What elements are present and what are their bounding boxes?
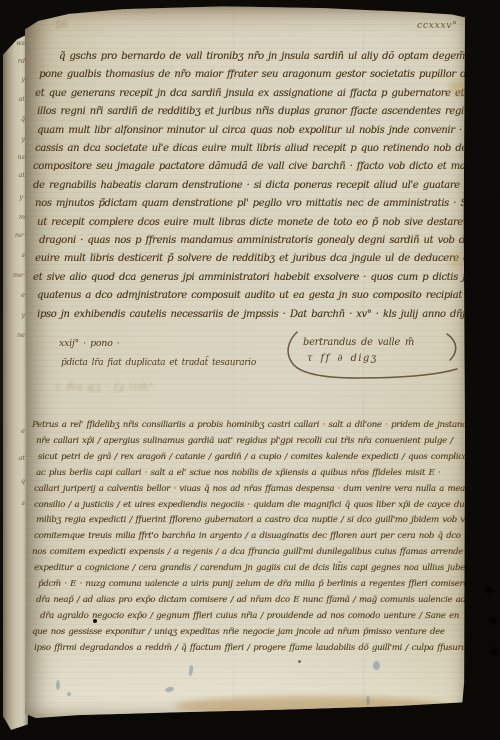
manuscript-line: euire mult libris desticerit p̃ solvere … <box>35 250 459 268</box>
stain <box>449 252 465 270</box>
manuscript-line: ipso jn exhibendis cautelis necessariis … <box>37 306 459 324</box>
facing-page-text-fragment: ne· <box>15 232 25 239</box>
facing-page-text-fragment: s <box>22 252 25 259</box>
facing-page-text-fragment: at <box>19 96 26 103</box>
facing-page-text-fragment: y <box>21 312 25 319</box>
facing-page-text-fragment: q <box>21 478 25 485</box>
facing-page-text-fragment: e <box>21 292 25 299</box>
facing-page-text-fragment: ne <box>17 332 25 339</box>
facing-page-text-fragment: y· <box>19 194 25 201</box>
text-block-1: q̃ gschs pro bernardo de vall tironibʒ n… <box>33 48 459 324</box>
note-duplicata: p̃dicta lr̃a fiat duplicata et tradat̃ t… <box>61 358 256 368</box>
manuscript-line: quam mult libr alfonsinor minutor ul cir… <box>37 122 459 140</box>
facing-page-text-fragment: rd <box>18 58 25 65</box>
mold-speck <box>373 661 380 670</box>
manuscript-line: cassis an dca societate ul'e dicas euire… <box>35 140 459 158</box>
manuscript-line: p̃dcm̃ · E · nuzg comuna ualencie a uiri… <box>38 577 462 593</box>
manuscript-line: pone gualbis thomasius de nr̃o maior ffr… <box>39 66 459 84</box>
manuscript-line: Petrus a rel' ffidelibʒ nr̃is consiliari… <box>32 418 462 434</box>
note-pono: xxij° · pono · <box>59 338 120 349</box>
edge-dot <box>490 618 496 624</box>
manuscript-line: et que generans recepit jn dca sardiñ jn… <box>35 85 459 103</box>
manuscript-line: consilio / a justiciis / et uires expedi… <box>34 498 462 514</box>
manuscript-line: dr̃a neap̃ / ad alias pro exp̃o dictam c… <box>36 593 462 609</box>
manuscript-line: dragoni · quas nos p ffrenis mandamus am… <box>39 232 459 250</box>
ink-blot <box>93 619 97 623</box>
facing-page-text-fragment: ns <box>17 154 25 161</box>
stain <box>449 80 467 96</box>
edge-dot <box>486 587 492 593</box>
facing-page-text-fragment: m <box>19 214 25 221</box>
bottom-edge-stain <box>175 696 445 716</box>
facing-page-text-fragment: y <box>21 136 25 143</box>
manuscript-page: ccxxxv° 56 q̃ gschs pro bernardo de vall… <box>25 6 465 718</box>
mold-speck <box>188 665 193 676</box>
facing-page-text-fragment: e <box>21 428 25 435</box>
signature-line-2: τ ff ∂ digʒ <box>307 353 378 364</box>
manuscript-line: ipso ffirmi degradandos a reddm̃ / q̃ ff… <box>34 641 462 657</box>
manuscript-line: nr̃e callari xp̃i / apergius sulinamus g… <box>36 434 462 450</box>
manuscript-line: q̃ gschs pro bernardo de vall tironibʒ n… <box>59 48 459 66</box>
edge-dot <box>490 648 497 655</box>
ink-speck <box>298 660 301 663</box>
folio-number: ccxxxv° <box>417 20 457 31</box>
mold-speck <box>165 686 175 693</box>
signature-block: bertrandus de valle m̃ τ ff ∂ digʒ <box>277 324 477 390</box>
facing-page-text-fragment: at <box>19 172 26 179</box>
manuscript-line: dr̃a agraldo negocio exp̃o / gegnum ffie… <box>40 609 462 625</box>
manuscript-line: nos mjnutos p̃dictam quam denstratione p… <box>35 195 459 213</box>
facing-page-text-fragment: s <box>22 500 25 507</box>
mold-speck <box>56 680 60 690</box>
manuscript-line: de regnabilis habeatis claram denstratio… <box>33 177 459 195</box>
facing-page-text-fragment: at <box>19 455 26 462</box>
manuscript-photo: wsrdyatq̃ynsaty·mne·sme·eyneeatqs ccxxxv… <box>0 0 500 740</box>
manuscript-line: sicut petri de grã / rex aragoñ / catani… <box>38 450 462 466</box>
signature-line-1: bertrandus de valle m̃ <box>303 337 414 348</box>
facing-page-text-fragment: y <box>21 76 25 83</box>
facing-page-edge: wsrdyatq̃ynsaty·mne·sme·eyneeatqs <box>3 34 28 730</box>
mold-speck <box>67 692 71 696</box>
facing-page-text-fragment: ws <box>16 40 25 47</box>
manuscript-line: que nos gessisse exponitur / uniqʒ exped… <box>32 625 462 641</box>
corner-mark: 56 <box>54 19 68 31</box>
manuscript-line: callari juriperij a calventis bellor · v… <box>34 482 462 498</box>
manuscript-line: comitemque treuis milia ffrt'o barchña i… <box>34 529 462 545</box>
manuscript-line: milibʒ regia expedicti / ffuerint fflore… <box>36 513 462 529</box>
manuscript-line: ut recepit complere dcos euire mult libr… <box>37 214 459 232</box>
manuscript-line: ac plus berlis capi callari · salt a el'… <box>36 466 462 482</box>
facing-page-text-fragment: q̃ <box>21 116 25 123</box>
manuscript-line: expeditur a cognicione / cera grandis / … <box>34 561 462 577</box>
manuscript-line: quatenus a dco admjnistratore composuit … <box>37 287 459 305</box>
manuscript-line: compositore seu jmagale pactatore dãmudã… <box>33 158 459 176</box>
ghost-note: τ m̃o gʒ · ſy lim̃° <box>55 382 154 393</box>
manuscript-line: illos regni nr̃i sardiñ de redditibʒ et … <box>37 103 459 121</box>
facing-page-text-fragment: me· <box>13 272 25 279</box>
manuscript-line: et sive alio quod dca generas jpi ammini… <box>33 269 459 287</box>
manuscript-line: nos comitem expedicti expensis / a regen… <box>32 545 462 561</box>
